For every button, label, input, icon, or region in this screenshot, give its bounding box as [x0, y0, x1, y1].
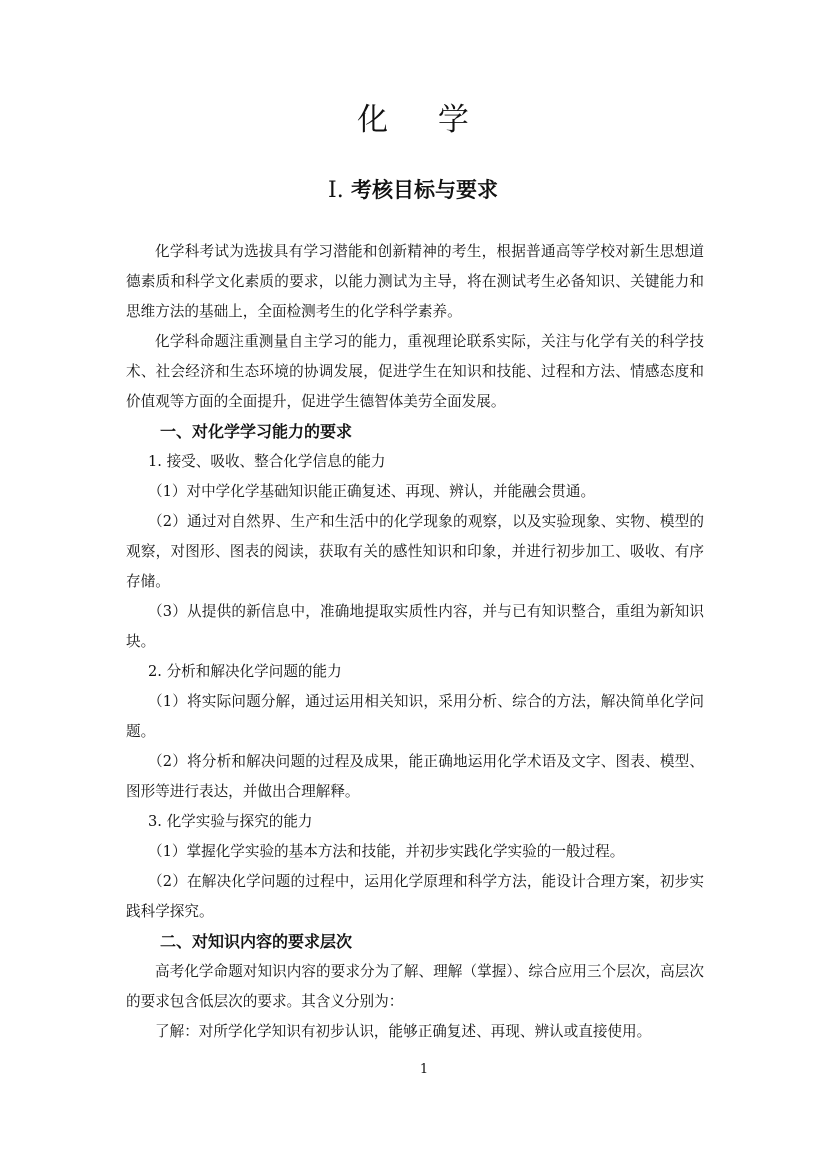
section-numeral: Ⅰ. — [328, 178, 344, 203]
intro-paragraph: 化学科考试为选拔具有学习潜能和创新精神的考生，根据普通高等学校对新生思想道德素质… — [126, 237, 704, 327]
body-paragraph: 了解：对所学化学知识有初步认识，能够正确复述、再现、辨认或直接使用。 — [126, 1017, 704, 1047]
document-page: 化 学 Ⅰ. 考核目标与要求 化学科考试为选拔具有学习潜能和创新精神的考生，根据… — [0, 0, 826, 1169]
sub-item: （1）掌握化学实验的基本方法和技能，并初步实践化学实验的一般过程。 — [126, 837, 704, 867]
section-heading: 一、对化学学习能力的要求 — [126, 417, 704, 447]
section-heading: 二、对知识内容的要求层次 — [126, 927, 704, 957]
section-title-text: 考核目标与要求 — [351, 178, 498, 202]
body-text: 化学科考试为选拔具有学习潜能和创新精神的考生，根据普通高等学校对新生思想道德素质… — [126, 237, 704, 1047]
body-paragraph: 高考化学命题对知识内容的要求分为了解、理解（掌握）、综合应用三个层次，高层次的要… — [126, 957, 704, 1017]
sub-item: （2）将分析和解决问题的过程及成果，能正确地运用化学术语及文字、图表、模型、图形… — [126, 747, 704, 807]
sub-item: （2）在解决化学问题的过程中，运用化学原理和科学方法，能设计合理方案，初步实践科… — [126, 867, 704, 927]
section-title: Ⅰ. 考核目标与要求 — [0, 175, 826, 206]
sub-item: （1）将实际问题分解，通过运用相关知识，采用分析、综合的方法，解决简单化学问题。 — [126, 687, 704, 747]
numbered-item: 3. 化学实验与探究的能力 — [126, 807, 704, 837]
numbered-item: 1. 接受、吸收、整合化学信息的能力 — [126, 447, 704, 477]
page-number: 1 — [0, 1062, 826, 1078]
numbered-item: 2. 分析和解决化学问题的能力 — [126, 657, 704, 687]
sub-item: （2）通过对自然界、生产和生活中的化学现象的观察，以及实验现象、实物、模型的观察… — [126, 507, 704, 597]
document-title: 化 学 — [0, 100, 826, 140]
sub-item: （1）对中学化学基础知识能正确复述、再现、辨认，并能融会贯通。 — [126, 477, 704, 507]
sub-item: （3）从提供的新信息中，准确地提取实质性内容，并与已有知识整合，重组为新知识块。 — [126, 597, 704, 657]
intro-paragraph: 化学科命题注重测量自主学习的能力，重视理论联系实际，关注与化学有关的科学技术、社… — [126, 327, 704, 417]
